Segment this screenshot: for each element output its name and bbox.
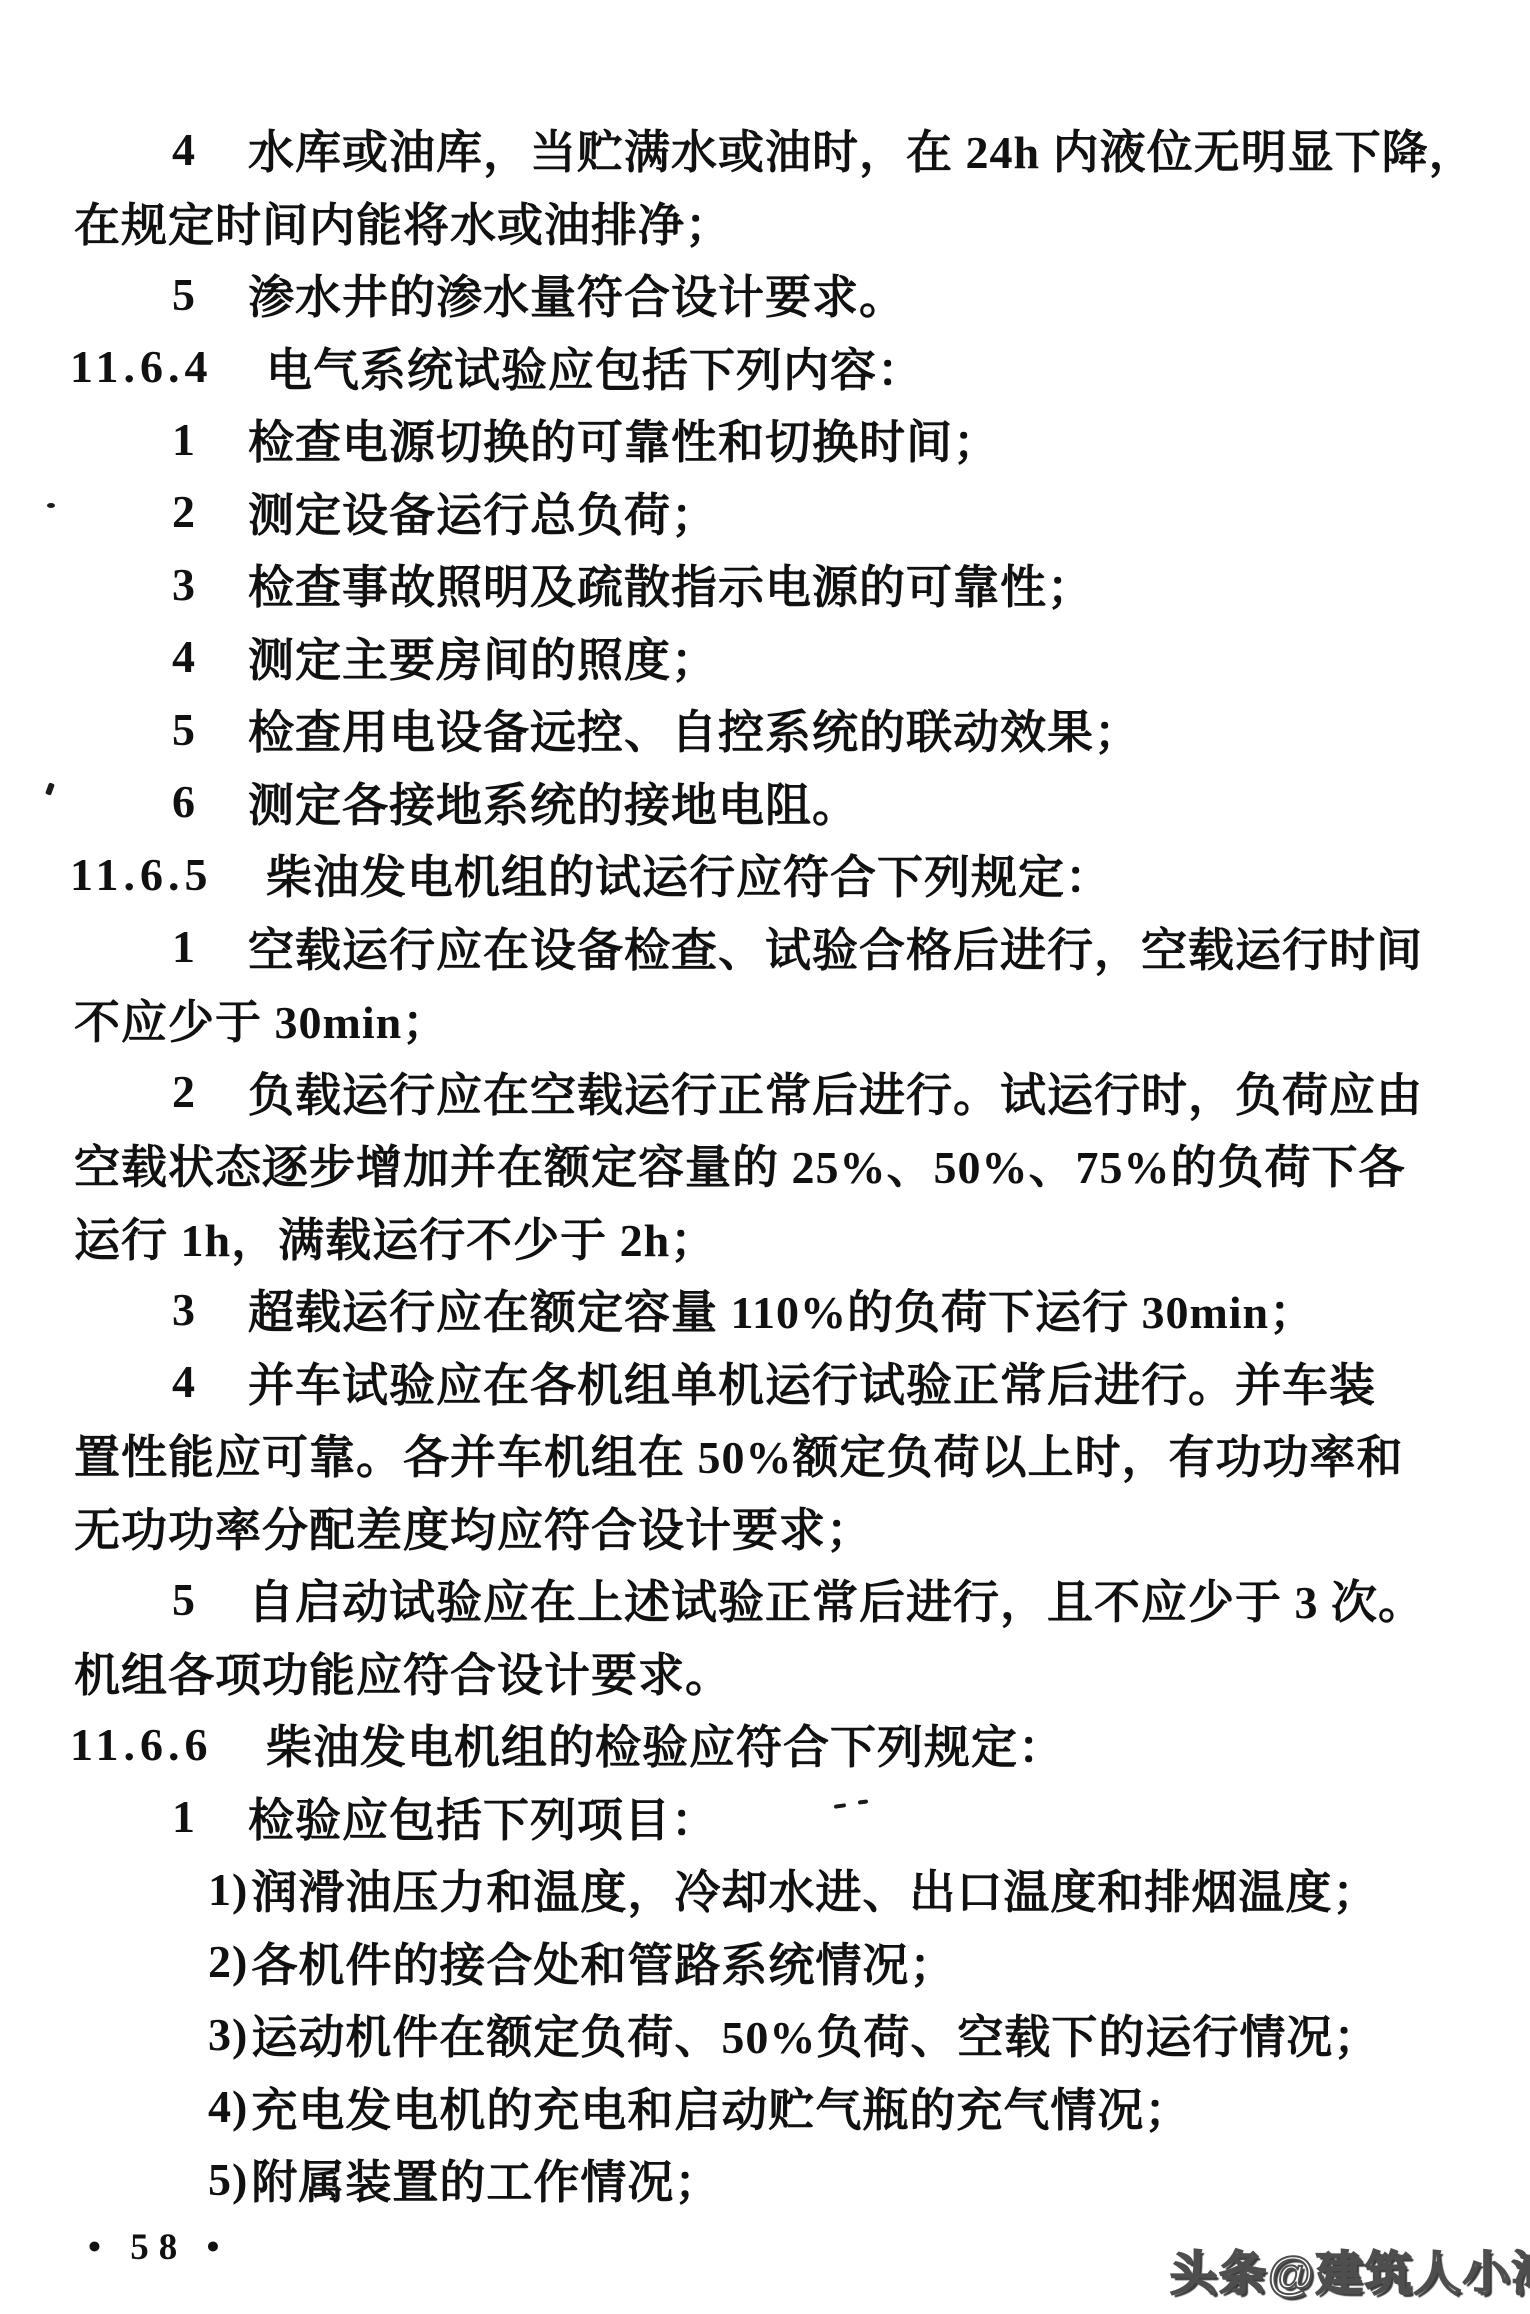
item-text: 无功功率分配差度均应符合设计要求； bbox=[74, 1494, 873, 1560]
sub-item-number: 1) bbox=[208, 1863, 248, 1916]
item-text: 检查电源切换的可靠性和切换时间； bbox=[248, 406, 1000, 472]
numbered-item: 2 负载运行应在空载运行正常后进行。试运行时，负荷应由 bbox=[0, 1056, 1530, 1129]
sub-item-number: 3) bbox=[208, 2008, 248, 2061]
numbered-item: 1 检验应包括下列项目： bbox=[0, 1781, 1530, 1854]
item-text: 自启动试验应在上述试验正常后进行，且不应少于 3 次。 bbox=[248, 1566, 1425, 1632]
item-number: 4 bbox=[172, 630, 248, 683]
clause-text: 柴油发电机组的试运行应符合下列规定： bbox=[266, 841, 1112, 907]
item-number: 5 bbox=[172, 268, 248, 321]
numbered-item: 3 检查事故照明及疏散指示电源的可靠性； bbox=[0, 548, 1530, 621]
item-number: 5 bbox=[172, 703, 248, 756]
continuation-line: 运行 1h，满载运行不少于 2h； bbox=[0, 1201, 1530, 1274]
numbered-item: 4 并车试验应在各机组单机运行试验正常后进行。并车装 bbox=[0, 1346, 1530, 1419]
sub-item: 3) 运动机件在额定负荷、50%负荷、空载下的运行情况； bbox=[0, 1998, 1530, 2071]
sub-item-text: 运动机件在额定负荷、50%负荷、空载下的运行情况； bbox=[251, 2001, 1380, 2067]
clause-number: 11.6.6 bbox=[70, 1718, 266, 1771]
item-text: 检查用电设备远控、自控系统的联动效果； bbox=[248, 696, 1141, 762]
scan-speck bbox=[47, 503, 55, 508]
clause-number: 11.6.5 bbox=[70, 848, 266, 901]
item-text: 检查事故照明及疏散指示电源的可靠性； bbox=[248, 551, 1094, 617]
numbered-item: 6 测定各接地系统的接地电阻。 bbox=[0, 766, 1530, 839]
item-text: 测定各接地系统的接地电阻。 bbox=[248, 769, 859, 835]
item-text: 水库或油库，当贮满水或油时，在 24h 内液位无明显下降， bbox=[248, 116, 1476, 182]
sub-item: 2) 各机件的接合处和管路系统情况； bbox=[0, 1926, 1530, 1999]
item-number: 5 bbox=[172, 1573, 248, 1626]
item-text: 置性能应可靠。各并车机组在 50%额定负荷以上时，有功功率和 bbox=[74, 1421, 1404, 1487]
sub-item: 4) 充电发电机的充电和启动贮气瓶的充气情况； bbox=[0, 2071, 1530, 2144]
sub-item: 1) 润滑油压力和温度，冷却水进、出口温度和排烟温度； bbox=[0, 1853, 1530, 1926]
document-content: 4 水库或油库，当贮满水或油时，在 24h 内液位无明显下降， 在规定时间内能将… bbox=[0, 0, 1530, 2216]
clause-heading: 11.6.4 电气系统试验应包括下列内容： bbox=[0, 331, 1530, 404]
sub-item-number: 2) bbox=[208, 1935, 248, 1988]
clause-number: 11.6.4 bbox=[70, 340, 266, 393]
item-number: 1 bbox=[172, 1790, 248, 1843]
numbered-item: 1 检查电源切换的可靠性和切换时间； bbox=[0, 403, 1530, 476]
numbered-item: 4 水库或油库，当贮满水或油时，在 24h 内液位无明显下降， bbox=[0, 113, 1530, 186]
continuation-line: 置性能应可靠。各并车机组在 50%额定负荷以上时，有功功率和 bbox=[0, 1418, 1530, 1491]
clause-text: 柴油发电机组的检验应符合下列规定： bbox=[266, 1711, 1065, 1777]
continuation-line: 机组各项功能应符合设计要求。 bbox=[0, 1636, 1530, 1709]
item-text: 测定主要房间的照度； bbox=[248, 624, 718, 690]
watermark: 头条@建筑人小淘 bbox=[1170, 2237, 1530, 2304]
sub-item: 5) 附属装置的工作情况； bbox=[0, 2143, 1530, 2216]
continuation-line: 不应少于 30min； bbox=[0, 983, 1530, 1056]
item-number: 4 bbox=[172, 123, 248, 176]
continuation-line: 空载状态逐步增加并在额定容量的 25%、50%、75%的负荷下各 bbox=[0, 1128, 1530, 1201]
clause-heading: 11.6.5 柴油发电机组的试运行应符合下列规定： bbox=[0, 838, 1530, 911]
item-text: 检验应包括下列项目： bbox=[248, 1784, 718, 1850]
item-text: 超载运行应在额定容量 110%的负荷下运行 30min； bbox=[248, 1276, 1316, 1342]
sub-item-text: 附属装置的工作情况； bbox=[251, 2146, 721, 2212]
item-text: 运行 1h，满载运行不少于 2h； bbox=[74, 1204, 717, 1270]
item-number: 3 bbox=[172, 558, 248, 611]
item-number: 1 bbox=[172, 413, 248, 466]
continuation-line: 无功功率分配差度均应符合设计要求； bbox=[0, 1491, 1530, 1564]
numbered-item: 5 自启动试验应在上述试验正常后进行，且不应少于 3 次。 bbox=[0, 1563, 1530, 1636]
item-text: 空载状态逐步增加并在额定容量的 25%、50%、75%的负荷下各 bbox=[74, 1131, 1406, 1197]
item-text: 测定设备运行总负荷； bbox=[248, 479, 718, 545]
item-number: 2 bbox=[172, 1065, 248, 1118]
sub-item-number: 4) bbox=[208, 2080, 248, 2133]
sub-item-text: 润滑油压力和温度，冷却水进、出口温度和排烟温度； bbox=[251, 1856, 1379, 1922]
numbered-item: 3 超载运行应在额定容量 110%的负荷下运行 30min； bbox=[0, 1273, 1530, 1346]
sub-item-text: 各机件的接合处和管路系统情况； bbox=[251, 1929, 956, 1995]
item-text: 在规定时间内能将水或油排净； bbox=[74, 189, 732, 255]
item-text: 负载运行应在空载运行正常后进行。试运行时，负荷应由 bbox=[248, 1059, 1423, 1125]
item-text: 不应少于 30min； bbox=[74, 986, 449, 1052]
page-number: • 58 • bbox=[88, 2226, 229, 2269]
item-text: 空载运行应在设备检查、试验合格后进行，空载运行时间 bbox=[248, 914, 1423, 980]
sub-item-text: 充电发电机的充电和启动贮气瓶的充气情况； bbox=[251, 2074, 1191, 2140]
clause-text: 电气系统试验应包括下列内容： bbox=[266, 334, 924, 400]
item-number: 3 bbox=[172, 1283, 248, 1336]
sub-item-number: 5) bbox=[208, 2153, 248, 2206]
item-text: 并车试验应在各机组单机运行试验正常后进行。并车装 bbox=[248, 1349, 1376, 1415]
item-number: 4 bbox=[172, 1355, 248, 1408]
numbered-item: 5 渗水井的渗水量符合设计要求。 bbox=[0, 258, 1530, 331]
numbered-item: 2 测定设备运行总负荷； bbox=[0, 476, 1530, 549]
item-text: 机组各项功能应符合设计要求。 bbox=[74, 1639, 732, 1705]
numbered-item: 1 空载运行应在设备检查、试验合格后进行，空载运行时间 bbox=[0, 911, 1530, 984]
item-number: 2 bbox=[172, 485, 248, 538]
numbered-item: 4 测定主要房间的照度； bbox=[0, 621, 1530, 694]
item-number: 1 bbox=[172, 920, 248, 973]
item-text: 渗水井的渗水量符合设计要求。 bbox=[248, 261, 906, 327]
clause-heading: 11.6.6 柴油发电机组的检验应符合下列规定： bbox=[0, 1708, 1530, 1781]
item-number: 6 bbox=[172, 775, 248, 828]
numbered-item: 5 检查用电设备远控、自控系统的联动效果； bbox=[0, 693, 1530, 766]
scanned-document-page: 4 水库或油库，当贮满水或油时，在 24h 内液位无明显下降， 在规定时间内能将… bbox=[0, 0, 1530, 2314]
continuation-line: 在规定时间内能将水或油排净； bbox=[0, 186, 1530, 259]
